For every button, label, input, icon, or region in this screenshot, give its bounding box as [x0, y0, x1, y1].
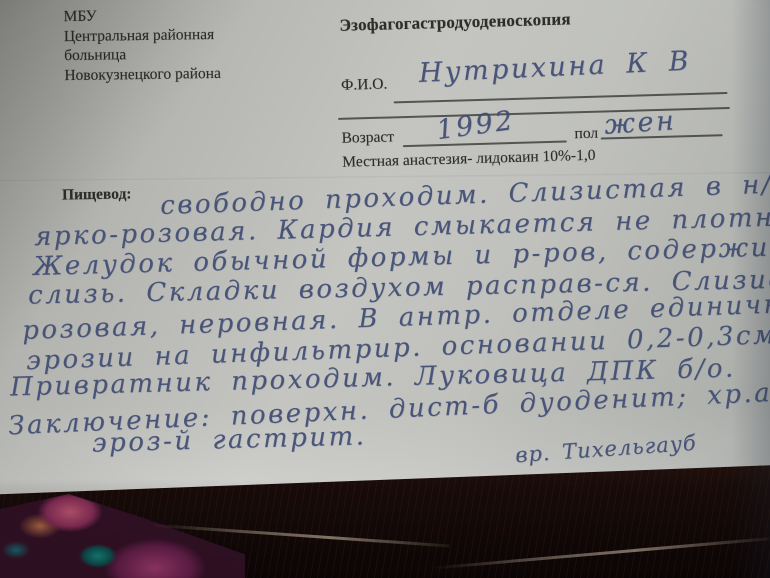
fio-line — [394, 92, 728, 103]
anesthesia-note: Местная анастезия- лидокаин 10%-1,0 — [342, 147, 596, 172]
age-label: Возраст — [341, 128, 394, 147]
hospital-org-block: МБУ Центральная районная больница Новоку… — [63, 5, 221, 85]
org-line: больница — [64, 44, 221, 66]
sex-label: пол — [574, 125, 598, 144]
esophagus-section-label: Пищевод: — [62, 185, 132, 204]
org-line: Центральная районная — [64, 24, 221, 46]
age-value-handwritten: 1992 — [435, 105, 517, 146]
form-header-block: Эзофагогастродуоденоскопия Ф.И.О. Нутрих… — [333, 0, 738, 188]
org-line: МБУ — [63, 5, 220, 27]
fio-value-handwritten: Нутрихина К В — [418, 46, 692, 89]
org-line: Новокузнецкого района — [64, 63, 221, 85]
document-title: Эзофагогастродуоденоскопия — [339, 9, 571, 35]
document-photo: МБУ Центральная районная больница Новоку… — [0, 0, 770, 578]
sex-value-handwritten: жен — [603, 105, 677, 140]
age-line — [403, 141, 567, 147]
fio-label: Ф.И.О. — [341, 76, 388, 95]
